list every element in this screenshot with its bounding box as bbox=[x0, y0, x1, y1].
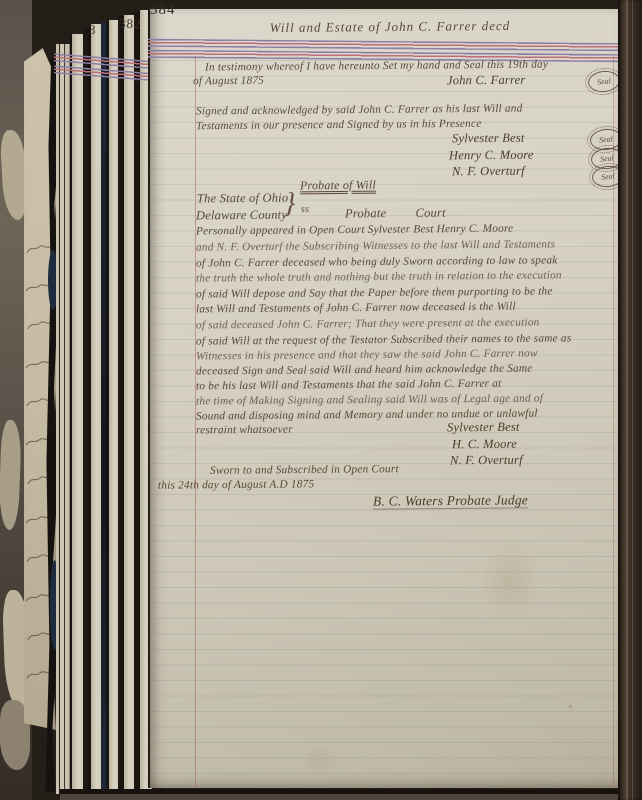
fore-edge-streak bbox=[632, 0, 633, 800]
fore-edge-streak bbox=[626, 0, 628, 800]
torn-paper-piece bbox=[0, 420, 22, 531]
page-number: 384 bbox=[150, 2, 176, 19]
witness-signature: H. C. Moore bbox=[452, 437, 517, 453]
witness-signature: Henry C. Moore bbox=[449, 148, 534, 164]
page-title: Will and Estate of John C. Farrer decd bbox=[240, 18, 540, 37]
venue-state: The State of Ohio bbox=[197, 191, 288, 207]
court-label: Probate Court bbox=[345, 206, 446, 222]
jurat-line: this 24th day of August A.D 1875 bbox=[158, 478, 314, 491]
witness-signature: Sylvester Best bbox=[452, 131, 525, 147]
venue-county: Delaware County bbox=[196, 208, 287, 224]
attestation-line: Testaments in our presence and Signed by… bbox=[196, 118, 482, 132]
next-page-edge bbox=[60, 794, 642, 800]
edge-page-number: 3 bbox=[89, 22, 97, 38]
ledger-photo: 3 382 384 Will and Estate of John C. Far… bbox=[0, 0, 642, 800]
page-edge-strip bbox=[56, 44, 70, 794]
venue-ss: ss bbox=[301, 204, 309, 215]
probate-heading: Probate of Will bbox=[300, 178, 376, 194]
witness-signature: N. F. Overturf bbox=[450, 453, 523, 469]
witness-signature: Sylvester Best bbox=[447, 420, 520, 436]
probate-body-line: restraint whatsoever bbox=[196, 424, 293, 437]
judge-signature: B. C. Waters Probate Judge bbox=[373, 492, 528, 509]
edge-page-number: 382 bbox=[119, 16, 142, 33]
ink-speck: + bbox=[568, 702, 573, 711]
jurat-line: Sworn to and Subscribed in Open Court bbox=[210, 463, 399, 477]
testimonium-line: of August 1875 bbox=[193, 75, 264, 88]
book-fore-edge bbox=[618, 0, 642, 800]
witness-signature: N. F. Overturf bbox=[452, 164, 525, 180]
signature-john-c-farrer: John C. Farrer bbox=[447, 73, 526, 89]
